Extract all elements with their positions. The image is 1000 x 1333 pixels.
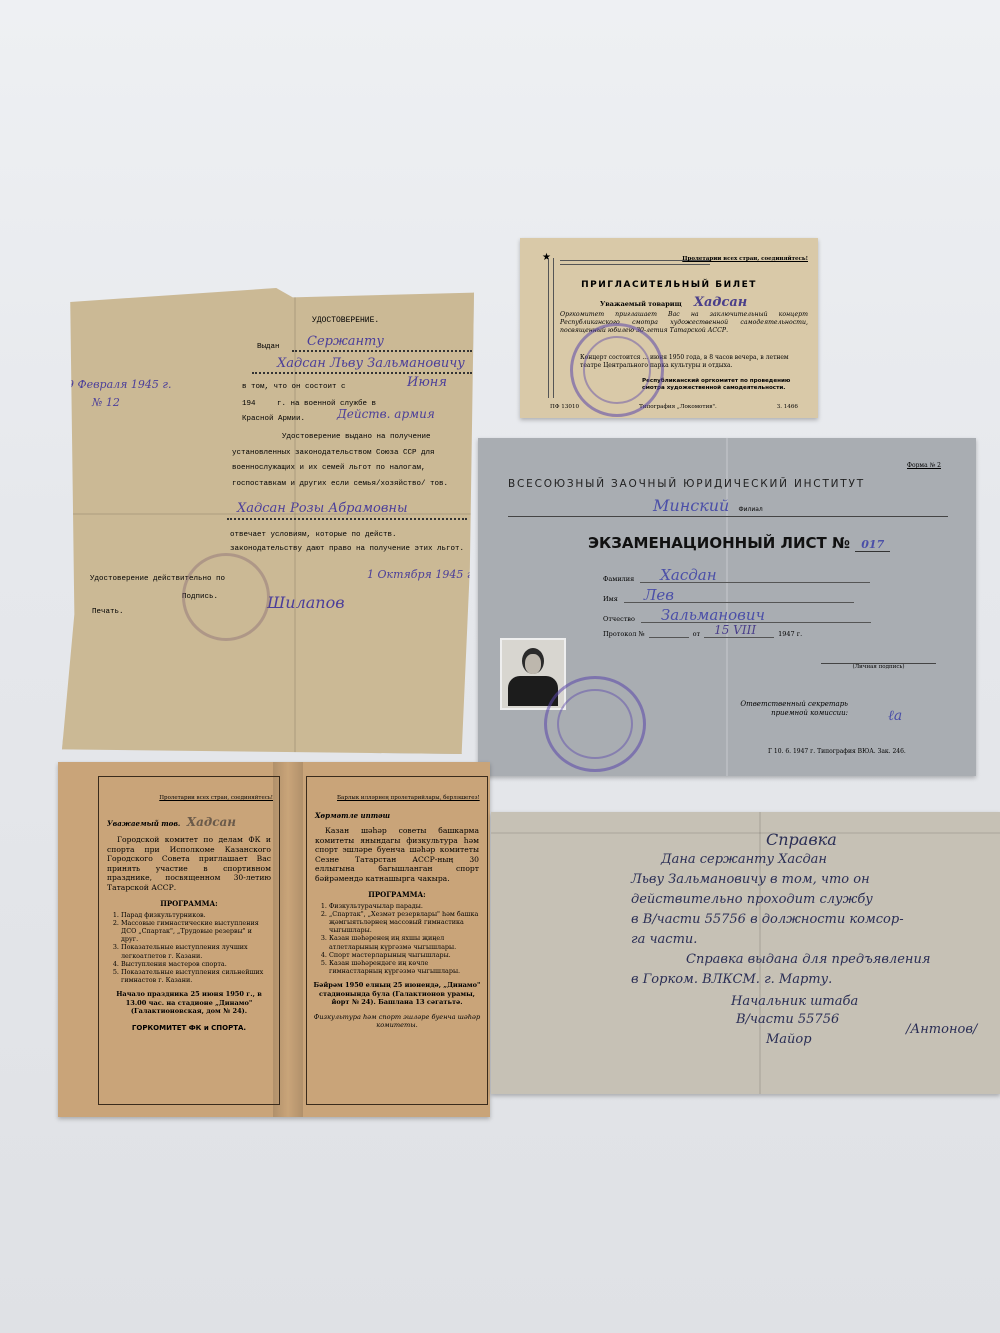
field-value: Хасдан <box>660 566 716 584</box>
exam-institute: ВСЕСОЮЗНЫЙ ЗАОЧНЫЙ ЮРИДИЧЕСКИЙ ИНСТИТУТ <box>508 478 865 490</box>
cert-seal-label: Печать. <box>92 608 124 616</box>
ticket-organizer: Республиканский оргкомитет по проведению… <box>642 378 808 392</box>
protocol-from: от <box>693 630 701 638</box>
field-name: Имя Лев <box>603 588 854 603</box>
field-label: Имя <box>603 595 618 603</box>
right-body: Казан шәһәр советы башкарма комитеты яны… <box>315 826 479 884</box>
branch-handwritten: Минский <box>653 496 729 515</box>
program-item: Показательные выступления сильнейших гим… <box>121 968 271 984</box>
right-start: Бәйрәм 1950 елның 25 июнендә, „Динамо" с… <box>313 981 481 1006</box>
cert-valid-date: 1 Октября 1945 г. <box>367 568 474 581</box>
handwritten-certificate: Справка Дана сержанту Хасдан Льву Зальма… <box>491 812 1000 1094</box>
left-program-title: ПРОГРАММА: <box>99 899 279 908</box>
spravka-title: Справка <box>766 830 837 849</box>
spravka-line: Майор <box>766 1032 812 1047</box>
exam-sheet: Форма № 2 ВСЕСОЮЗНЫЙ ЗАОЧНЫЙ ЮРИДИЧЕСКИЙ… <box>478 438 976 776</box>
protocol-year: 1947 г. <box>778 630 802 638</box>
military-certificate: УДОСТОВЕРЕНИЕ. Выдан Сержанту Хадсан Льв… <box>62 288 474 754</box>
spravka-line: Дана сержанту Хасдан <box>661 852 827 867</box>
exam-branch: Минский Филиал <box>653 496 763 515</box>
cert-signature: Шилапов <box>267 593 345 612</box>
spravka-line: В/части 55756 <box>736 1012 839 1027</box>
ticket-greeting: Уважаемый товарищ Хадсан <box>600 295 747 310</box>
personal-signature-line: (Личная подпись) <box>821 663 936 670</box>
handwritten-name: Хадсан <box>187 815 236 829</box>
cert-para2: отвечает условиям, которые по действ. за… <box>230 528 465 556</box>
exam-number: 017 <box>855 538 890 552</box>
field-label: Фамилия <box>603 575 634 583</box>
secretary-signature: ℓа <box>888 708 902 725</box>
field-protocol: Протокол № от 15 VIII 1947 г. <box>603 630 802 638</box>
exam-form-number: Форма № 2 <box>907 462 941 469</box>
cert-month: Июня <box>407 375 447 390</box>
cert-date: 9 Февраля 1945 г. <box>67 378 171 391</box>
spravka-line: Льву Зальмановичу в том, что он <box>631 872 870 887</box>
cert-family: Хадсан Розы Абрамовны <box>237 501 408 516</box>
program-item: Казан шәһәренең иң яхшы җиңел атлетларын… <box>329 934 479 950</box>
spravka-line: в В/части 55756 в должности комсор- <box>631 912 904 927</box>
field-label: Отчество <box>603 615 635 623</box>
invitation-ticket: ★ Пролетарии всех стран, соединяйтесь! П… <box>520 238 818 418</box>
protocol-label: Протокол № <box>603 630 645 638</box>
program-item: Казан шәһәрендәге иң көчле гимнастларның… <box>329 959 479 975</box>
right-signature: Физкультура һәм спорт эшләре буенча шәһә… <box>307 1013 487 1029</box>
field-value: Зальманович <box>661 606 765 624</box>
booklet-left-page: Пролетарии всех стран, соединяйтесь! Ува… <box>98 776 280 1105</box>
footer-printer: Типография „Локомотив". <box>639 404 717 410</box>
decorative-border <box>548 258 554 398</box>
right-program-list: Физкультурачылар парады. „Спартак", „Хез… <box>323 902 479 976</box>
left-program-list: Парад физкультурников. Массовые гимнасти… <box>115 911 271 985</box>
ticket-slogan: Пролетарии всех стран, соединяйтесь! <box>682 256 808 262</box>
cert-number: № 12 <box>92 396 120 409</box>
ticket-title: ПРИГЛАСИТЕЛЬНЫЙ БИЛЕТ <box>520 280 818 290</box>
cert-line3: Красной Армии. <box>242 415 305 423</box>
field-value: Лев <box>644 586 674 604</box>
booklet-right-page: Барлык илләрнең пролетарийлары, берләшег… <box>306 776 488 1105</box>
left-signature: ГОРКОМИТЕТ ФК и СПОРТА. <box>99 1024 279 1032</box>
cert-para1: Удостоверение выдано на получение устано… <box>232 430 467 492</box>
field-patronymic: Отчество Зальманович <box>603 608 871 623</box>
right-slogan: Барлык илләрнең пролетарийлары, берләшег… <box>337 795 481 801</box>
handwritten-name: Хадсан <box>694 295 747 310</box>
cert-title: УДОСТОВЕРЕНИЕ. <box>312 316 379 325</box>
secretary-label: Ответственный секретарь приемной комисси… <box>723 700 848 718</box>
protocol-date: 15 VIII <box>714 623 756 637</box>
greeting-label: Уважаемый товарищ <box>600 300 682 308</box>
footer-order: З. 1466 <box>777 404 798 410</box>
right-greeting: Хөрмәтле иптәш <box>315 811 487 820</box>
program-item: Спорт мастерларының чыгышлары. <box>329 951 479 959</box>
field-surname: Фамилия Хасдан <box>603 568 870 583</box>
sports-invitation-booklet: Пролетарии всех стран, соединяйтесь! Ува… <box>58 762 490 1117</box>
program-item: Физкультурачылар парады. <box>329 902 479 910</box>
greeting-label: Уважаемый тов. <box>107 819 180 828</box>
cert-army: Действ. армия <box>337 407 435 421</box>
cert-line1: в том, что он состоит с <box>242 383 346 391</box>
left-start: Начало праздника 25 июня 1950 г., в 13.0… <box>105 990 273 1015</box>
spravka-line: действительно проходит службу <box>631 892 873 907</box>
footer-code: ПФ 13010 <box>550 404 579 410</box>
program-item: Показательные выступления лучших легкоат… <box>121 943 271 959</box>
left-slogan: Пролетарии всех стран, соединяйтесь! <box>99 795 273 801</box>
cert-rank: Сержанту <box>307 334 384 349</box>
spravka-line: га части. <box>631 932 697 947</box>
stamp-icon <box>182 553 270 641</box>
spravka-line: Начальник штаба <box>731 994 858 1009</box>
exam-printer: Г 10. 6. 1947 г. Типография ВЮА. Зак. 24… <box>768 748 906 755</box>
spravka-line: Справка выдана для предъявления <box>686 952 930 967</box>
cert-issued-label: Выдан <box>257 343 280 351</box>
program-item: Массовые гимнастические выступления ДСО … <box>121 919 271 944</box>
exam-title: ЭКЗАМЕНАЦИОННЫЙ ЛИСТ № 017 <box>588 534 890 552</box>
program-item: Парад физкультурников. <box>121 911 271 919</box>
branch-label: Филиал <box>738 506 762 513</box>
left-body: Городской комитет по делам ФК и спорта п… <box>107 835 271 893</box>
exam-title-text: ЭКЗАМЕНАЦИОННЫЙ ЛИСТ № <box>588 534 850 552</box>
stamp-icon <box>570 323 664 417</box>
cert-year: 194 <box>242 400 256 408</box>
program-item: „Спартак", „Хезмәт резервлары" һәм башка… <box>329 910 479 935</box>
spravka-line: в Горком. ВЛКСМ. г. Марту. <box>631 972 832 987</box>
spravka-signature: /Антонов/ <box>906 1022 977 1037</box>
stamp-icon <box>544 676 646 772</box>
left-greeting: Уважаемый тов. Хадсан <box>107 815 279 829</box>
cert-name: Хадсан Льву Зальмановичу <box>277 356 465 371</box>
right-program-title: ПРОГРАММА: <box>307 890 487 899</box>
program-item: Выступления мастеров спорта. <box>121 960 271 968</box>
